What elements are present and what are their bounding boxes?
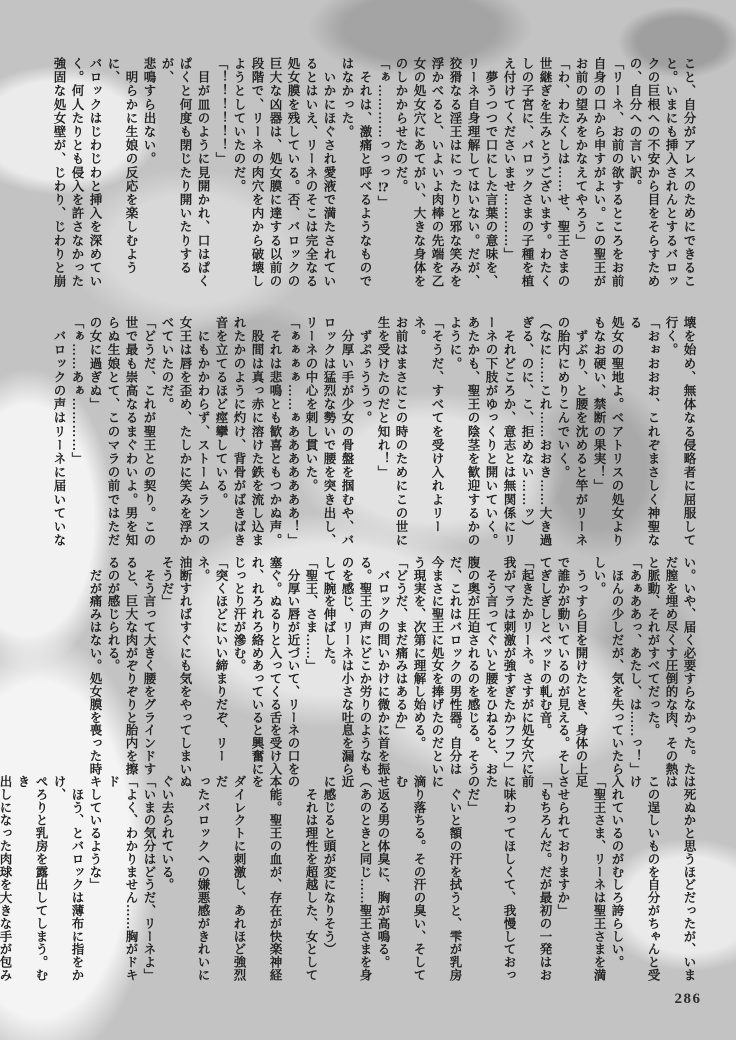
text-band-4: は死ぬかと思うほどだったが、いまは この逞しいものを自分がちゃんと受け 入れてい… xyxy=(0,775,698,993)
text-band-1: こと、自分がアレスのためにできるこ と。いまにも挿入されんとするバロッ クの巨根… xyxy=(50,57,698,299)
page-number: 286 xyxy=(660,991,716,1008)
novel-page-scan: こと、自分がアレスのためにできるこ と。いまにも挿入されんとするバロッ クの巨根… xyxy=(0,0,736,1040)
text-band-3: い。いや、届く必要すらなかった。た だ膣を埋め尽くす圧倒的な肉、その熱 と脈動、… xyxy=(86,556,698,776)
text-band-2: 壊を始め、無体なる侵略者に屈服して 行く。 「おぉおおお、これぞまさしく神聖なる… xyxy=(50,316,698,556)
